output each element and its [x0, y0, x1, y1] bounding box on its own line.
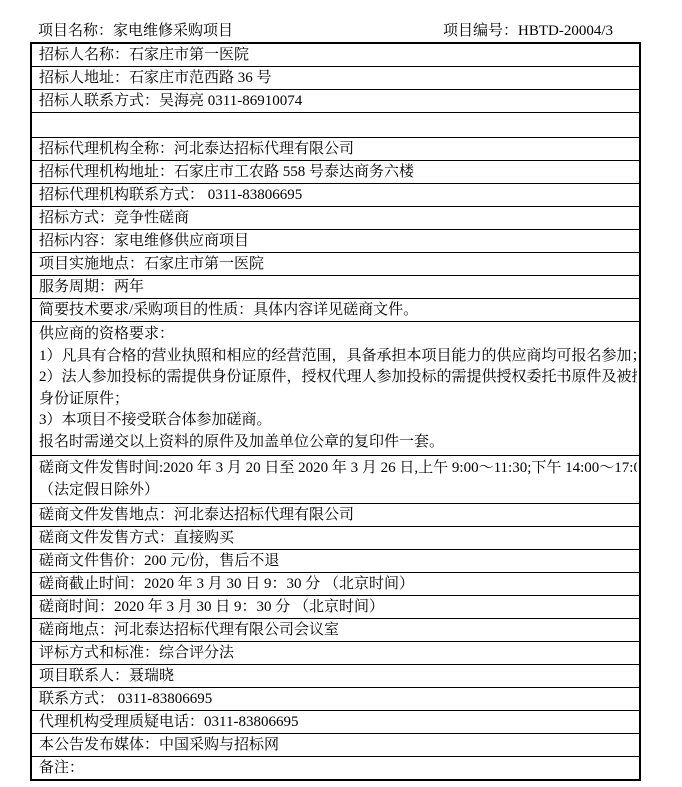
- announcement-table: 招标人名称：石家庄市第一医院招标人地址：石家庄市范西路 36 号招标人联系方式：…: [30, 42, 641, 781]
- row-text: 评标方式和标准：综合评分法: [39, 642, 637, 664]
- row-text: 磋商地点：河北泰达招标代理有限公司会议室: [39, 619, 637, 641]
- row-text: （法定假日除外）: [39, 480, 637, 502]
- row-text: 磋商文件售价：200 元/份，售后不退: [39, 550, 637, 572]
- row-text: 招标人名称：石家庄市第一医院: [39, 44, 637, 66]
- row-text: 磋商文件发售时间:2020 年 3 月 20 日至 2020 年 3 月 26 …: [39, 458, 637, 480]
- table-row-document-price: 磋商文件售价：200 元/份，售后不退: [32, 549, 639, 572]
- table-row-bid-method: 招标方式：竞争性磋商: [32, 206, 639, 229]
- table-row-remarks: 备注：: [32, 756, 639, 779]
- table-row-document-sale-location: 磋商文件发售地点：河北泰达招标代理有限公司: [32, 503, 639, 526]
- row-text: 简要技术要求/采购项目的性质：具体内容详见磋商文件。: [39, 299, 637, 321]
- row-text: 报名时需递交以上资料的原件及加盖单位公章的复印件一套。: [39, 432, 637, 454]
- row-text: 招标代理机构地址：石家庄市工农路 558 号泰达商务六楼: [39, 161, 637, 183]
- row-text: 联系方式： 0311-83806695: [39, 688, 637, 710]
- row-text: 招标人联系方式：吴海亮 0311-86910074: [39, 90, 637, 112]
- table-row-document-sale-time: 磋商文件发售时间:2020 年 3 月 20 日至 2020 年 3 月 26 …: [32, 455, 639, 503]
- row-text: 磋商文件发售地点：河北泰达招标代理有限公司: [39, 504, 637, 526]
- row-text: 1）凡具有合格的营业执照和相应的经营范围，具备承担本项目能力的供应商均可报名参加…: [39, 346, 637, 368]
- table-row-project-location: 项目实施地点：石家庄市第一医院: [32, 252, 639, 275]
- table-row-agency-full-name: 招标代理机构全称：河北泰达招标代理有限公司: [32, 137, 639, 160]
- table-row-negotiation-location: 磋商地点：河北泰达招标代理有限公司会议室: [32, 618, 639, 641]
- table-row-negotiation-time: 磋商时间：2020 年 3 月 30 日 9：30 分 （北京时间）: [32, 595, 639, 618]
- row-text: 招标代理机构联系方式： 0311-83806695: [39, 184, 637, 206]
- table-row-agency-address: 招标代理机构地址：石家庄市工农路 558 号泰达商务六楼: [32, 160, 639, 183]
- row-text: 磋商时间：2020 年 3 月 30 日 9：30 分 （北京时间）: [39, 596, 637, 618]
- row-text: 备注：: [39, 757, 637, 779]
- table-row-evaluation-method: 评标方式和标准：综合评分法: [32, 641, 639, 664]
- table-row-bidder-name: 招标人名称：石家庄市第一医院: [32, 44, 639, 66]
- table-row-bidder-contact: 招标人联系方式：吴海亮 0311-86910074: [32, 89, 639, 112]
- row-text: 本公告发布媒体：中国采购与招标网: [39, 734, 637, 756]
- row-text: 招标方式：竞争性磋商: [39, 207, 637, 229]
- project-code-text: 项目编号：HBTD-20004/3: [443, 22, 613, 40]
- table-row-project-contact-person: 项目联系人：聂瑞晓: [32, 664, 639, 687]
- row-text: 招标人地址：石家庄市范西路 36 号: [39, 67, 637, 89]
- row-text: 项目实施地点：石家庄市第一医院: [39, 253, 637, 275]
- row-text: 3）本项目不接受联合体参加磋商。: [39, 410, 637, 432]
- row-text: 服务周期：两年: [39, 276, 637, 298]
- table-row-contact-phone: 联系方式： 0311-83806695: [32, 687, 639, 710]
- table-row-bidder-address: 招标人地址：石家庄市范西路 36 号: [32, 66, 639, 89]
- row-text: 磋商截止时间：2020 年 3 月 30 日 9：30 分 （北京时间）: [39, 573, 637, 595]
- table-row-spacer: [32, 112, 639, 137]
- table-row-document-sale-method: 磋商文件发售方式：直接购买: [32, 526, 639, 549]
- table-row-supplier-qualifications: 供应商的资格要求：1）凡具有合格的营业执照和相应的经营范围，具备承担本项目能力的…: [32, 321, 639, 455]
- row-text: 项目联系人：聂瑞晓: [39, 665, 637, 687]
- table-row-service-period: 服务周期：两年: [32, 275, 639, 298]
- table-row-technical-requirements: 简要技术要求/采购项目的性质：具体内容详见磋商文件。: [32, 298, 639, 321]
- project-name-text: 项目名称：家电维修采购项目: [38, 23, 233, 39]
- row-text: 供应商的资格要求：: [39, 324, 637, 346]
- table-row-agency-inquiry-phone: 代理机构受理质疑电话：0311-83806695: [32, 710, 639, 733]
- table-row-publish-media: 本公告发布媒体：中国采购与招标网: [32, 733, 639, 756]
- document-header: 项目名称：家电维修采购项目 项目编号：HBTD-20004/3: [38, 22, 644, 42]
- table-row-agency-contact: 招标代理机构联系方式： 0311-83806695: [32, 183, 639, 206]
- table-row-bid-content: 招标内容：家电维修供应商项目: [32, 229, 639, 252]
- row-text: 2）法人参加投标的需提供身份证原件，授权代理人参加投标的需提供授权委托书原件及被…: [39, 367, 637, 389]
- row-text: 身份证原件；: [39, 389, 637, 411]
- procurement-announcement-document: 项目名称：家电维修采购项目 项目编号：HBTD-20004/3 招标人名称：石家…: [0, 0, 682, 781]
- row-text: 招标内容：家电维修供应商项目: [39, 230, 637, 252]
- row-text: 磋商文件发售方式：直接购买: [39, 527, 637, 549]
- row-text: 招标代理机构全称：河北泰达招标代理有限公司: [39, 138, 637, 160]
- table-row-negotiation-deadline: 磋商截止时间：2020 年 3 月 30 日 9：30 分 （北京时间）: [32, 572, 639, 595]
- row-text: 代理机构受理质疑电话：0311-83806695: [39, 711, 637, 733]
